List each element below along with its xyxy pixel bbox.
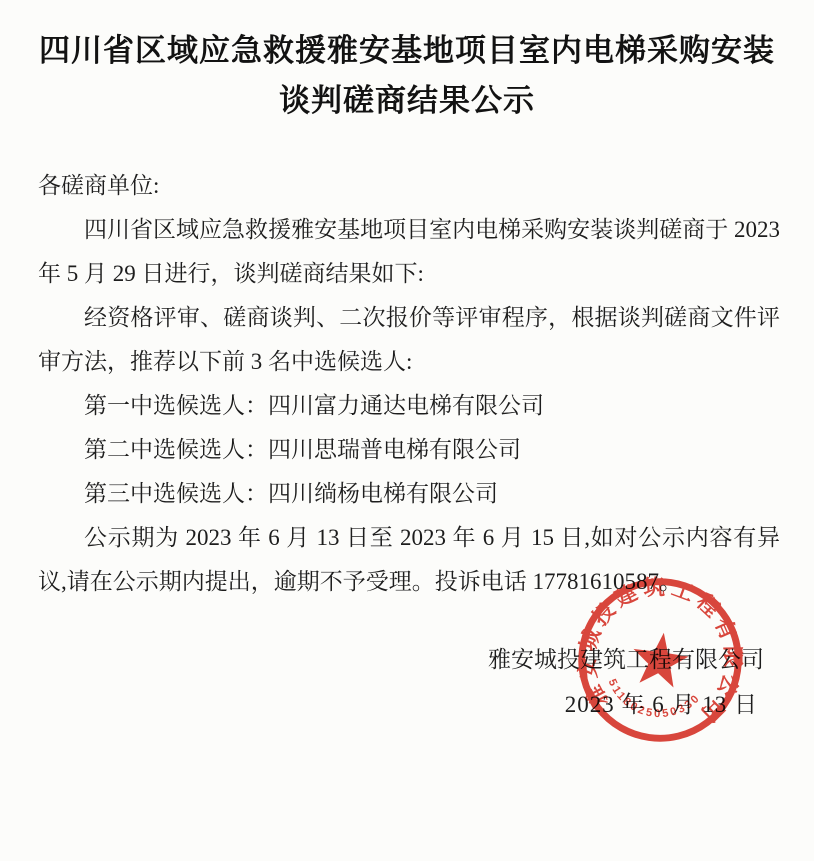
salutation: 各磋商单位: [38, 164, 780, 208]
candidate-1-company: 四川富力通达电梯有限公司 [268, 393, 544, 418]
title-line-1: 四川省区域应急救援雅安基地项目室内电梯采购安装 [24, 26, 790, 76]
document-page: 四川省区域应急救援雅安基地项目室内电梯采购安装 谈判磋商结果公示 各磋商单位: … [0, 0, 814, 861]
document-title: 四川省区域应急救援雅安基地项目室内电梯采购安装 谈判磋商结果公示 [24, 26, 790, 126]
candidate-3-label: 第三中选候选人： [84, 481, 268, 506]
signature-block: 雅安城投建筑工程有限公司 2023 年 6 月 13 日 [488, 637, 764, 727]
candidate-2-company: 四川思瑞普电梯有限公司 [268, 437, 521, 462]
paragraph-review-process: 经资格评审、磋商谈判、二次报价等评审程序，根据谈判磋商文件评审方法，推荐以下前 … [38, 296, 780, 384]
candidate-row-1: 第一中选候选人：四川富力通达电梯有限公司 [38, 384, 780, 428]
paragraph-negotiation-date: 四川省区域应急救援雅安基地项目室内电梯采购安装谈判磋商于 2023 年 5 月 … [38, 208, 780, 296]
candidate-row-3: 第三中选候选人：四川绱杨电梯有限公司 [38, 472, 780, 516]
paragraph-publicity-period: 公示期为 2023 年 6 月 13 日至 2023 年 6 月 15 日,如对… [38, 516, 780, 604]
document-body: 各磋商单位: 四川省区域应急救援雅安基地项目室内电梯采购安装谈判磋商于 2023… [38, 164, 780, 604]
signature-date: 2023 年 6 月 13 日 [488, 682, 764, 727]
candidate-1-label: 第一中选候选人： [84, 393, 268, 418]
signature-company: 雅安城投建筑工程有限公司 [488, 637, 764, 682]
candidate-row-2: 第二中选候选人：四川思瑞普电梯有限公司 [38, 428, 780, 472]
title-line-2: 谈判磋商结果公示 [24, 76, 790, 126]
candidate-2-label: 第二中选候选人： [84, 437, 268, 462]
candidate-3-company: 四川绱杨电梯有限公司 [268, 481, 498, 506]
